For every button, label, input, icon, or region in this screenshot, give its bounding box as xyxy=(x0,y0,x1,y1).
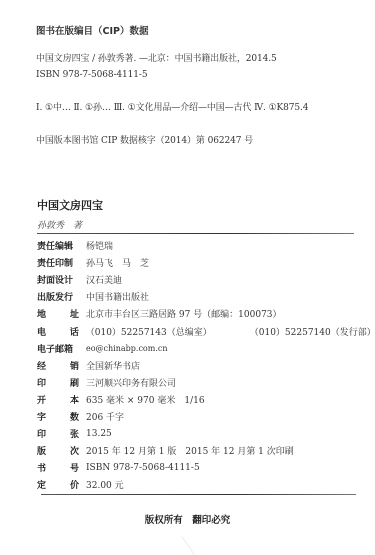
detail-row-editor: 责任编辑 杨铠瑞 xyxy=(37,237,375,254)
detail-label: 责任编辑 xyxy=(37,239,79,252)
detail-label: 开本 xyxy=(37,393,79,406)
label-char: 次 xyxy=(70,444,79,457)
cip-citation: 中国文房四宝 / 孙敦秀著. —北京：中国书籍出版社，2014.5 xyxy=(36,51,277,64)
detail-label: 印刷 xyxy=(37,376,79,389)
label-char: 址 xyxy=(70,307,79,320)
detail-row-cover-design: 封面设计 汉石美迪 xyxy=(37,271,375,288)
detail-label: 字数 xyxy=(37,410,79,423)
label-char: 字 xyxy=(37,410,46,423)
detail-label: 定价 xyxy=(37,478,79,491)
detail-value: 中国书籍出版社 xyxy=(86,290,149,303)
cip-heading: 图书在版编目（CIP）数据 xyxy=(36,23,148,37)
detail-value: ISBN 978-7-5068-4111-5 xyxy=(86,463,200,473)
detail-value: 13.25 xyxy=(86,429,112,439)
detail-label: 出版发行 xyxy=(37,290,79,303)
detail-value: 杨铠瑞 xyxy=(86,239,113,252)
detail-value: eo@chinabp.com.cn xyxy=(86,344,168,353)
detail-value: 孙马飞 马 芝 xyxy=(86,256,149,269)
detail-row-word-count: 字数 206 千字 xyxy=(37,408,375,425)
detail-value: 32.00 元 xyxy=(86,478,124,491)
label-char: 数 xyxy=(70,410,79,423)
detail-row-sheets: 印张 13.25 xyxy=(37,425,375,442)
label-char: 开 xyxy=(37,393,46,406)
detail-label: 电话 xyxy=(37,325,79,338)
detail-label: 封面设计 xyxy=(37,273,79,286)
detail-row-print-manager: 责任印制 孙马飞 马 芝 xyxy=(37,254,375,271)
detail-value: 2015 年 12 月第 1 版 2015 年 12 月第 1 次印刷 xyxy=(86,444,294,457)
detail-label: 印张 xyxy=(37,427,79,440)
label-char: 号 xyxy=(70,461,79,474)
detail-row-isbn: 书号 ISBN 978-7-5068-4111-5 xyxy=(37,459,375,476)
detail-value: 三河顺兴印务有限公司 xyxy=(86,376,176,389)
detail-label: 电子邮箱 xyxy=(37,342,79,355)
detail-label: 版次 xyxy=(37,444,79,457)
label-char: 经 xyxy=(37,359,46,372)
top-divider xyxy=(37,233,354,234)
cip-isbn: ISBN 978-7-5068-4111-5 xyxy=(36,70,147,80)
detail-label: 书号 xyxy=(37,461,79,474)
label-char: 电 xyxy=(37,325,46,338)
book-author: 孙敦秀 著 xyxy=(37,218,82,231)
detail-row-format: 开本 635 毫米 × 970 毫米 1/16 xyxy=(37,391,375,408)
label-char: 销 xyxy=(70,359,79,372)
detail-row-edition: 版次 2015 年 12 月第 1 版 2015 年 12 月第 1 次印刷 xyxy=(37,442,375,459)
detail-value: 635 毫米 × 970 毫米 1/16 xyxy=(86,393,205,406)
detail-row-price: 定价 32.00 元 xyxy=(37,476,375,493)
label-char: 刷 xyxy=(70,376,79,389)
detail-row-address: 地址 北京市丰台区三路居路 97 号（邮编：100073） xyxy=(37,305,375,322)
detail-value-secondary: （010）52257140（发行部） xyxy=(250,325,375,338)
detail-row-phone: 电话 （010）52257143（总编室） （010）52257140（发行部） xyxy=(37,322,375,339)
bottom-divider xyxy=(41,494,356,495)
detail-label: 经销 xyxy=(37,359,79,372)
detail-row-printer: 印刷 三河顺兴印务有限公司 xyxy=(37,374,375,391)
detail-row-distributor: 经销 全国新华书店 xyxy=(37,357,375,374)
detail-label: 地址 xyxy=(37,307,79,320)
label-char: 本 xyxy=(70,393,79,406)
detail-row-email: 电子邮箱 eo@chinabp.com.cn xyxy=(37,340,375,357)
label-char: 印 xyxy=(37,376,46,389)
label-char: 书 xyxy=(37,461,46,474)
label-char: 地 xyxy=(37,307,46,320)
detail-value: 全国新华书店 xyxy=(86,359,140,372)
label-char: 张 xyxy=(70,427,79,440)
detail-value: 206 千字 xyxy=(86,410,124,423)
book-title: 中国文房四宝 xyxy=(37,197,103,213)
detail-label: 责任印制 xyxy=(37,256,79,269)
detail-row-publisher: 出版发行 中国书籍出版社 xyxy=(37,288,375,305)
detail-value: （010）52257143（总编室） xyxy=(86,325,212,338)
label-char: 话 xyxy=(70,325,79,338)
paper-crease-mark xyxy=(181,525,215,555)
copyright-notice: 版权所有 翻印必究 xyxy=(0,512,375,526)
detail-value: 汉石美迪 xyxy=(86,273,122,286)
detail-value: 北京市丰台区三路居路 97 号（邮编：100073） xyxy=(86,307,282,320)
publication-details: 责任编辑 杨铠瑞 责任印制 孙马飞 马 芝 封面设计 汉石美迪 出版发行 中国书… xyxy=(37,237,375,493)
label-char: 印 xyxy=(37,427,46,440)
label-char: 定 xyxy=(37,478,46,491)
label-char: 版 xyxy=(37,444,46,457)
label-char: 价 xyxy=(70,478,79,491)
cip-classification: Ⅰ. ①中… Ⅱ. ①孙… Ⅲ. ①文化用品—介绍—中国—古代 Ⅳ. ①K875… xyxy=(36,100,308,113)
cip-record-number: 中国版本图书馆 CIP 数据核字（2014）第 062247 号 xyxy=(36,133,253,146)
